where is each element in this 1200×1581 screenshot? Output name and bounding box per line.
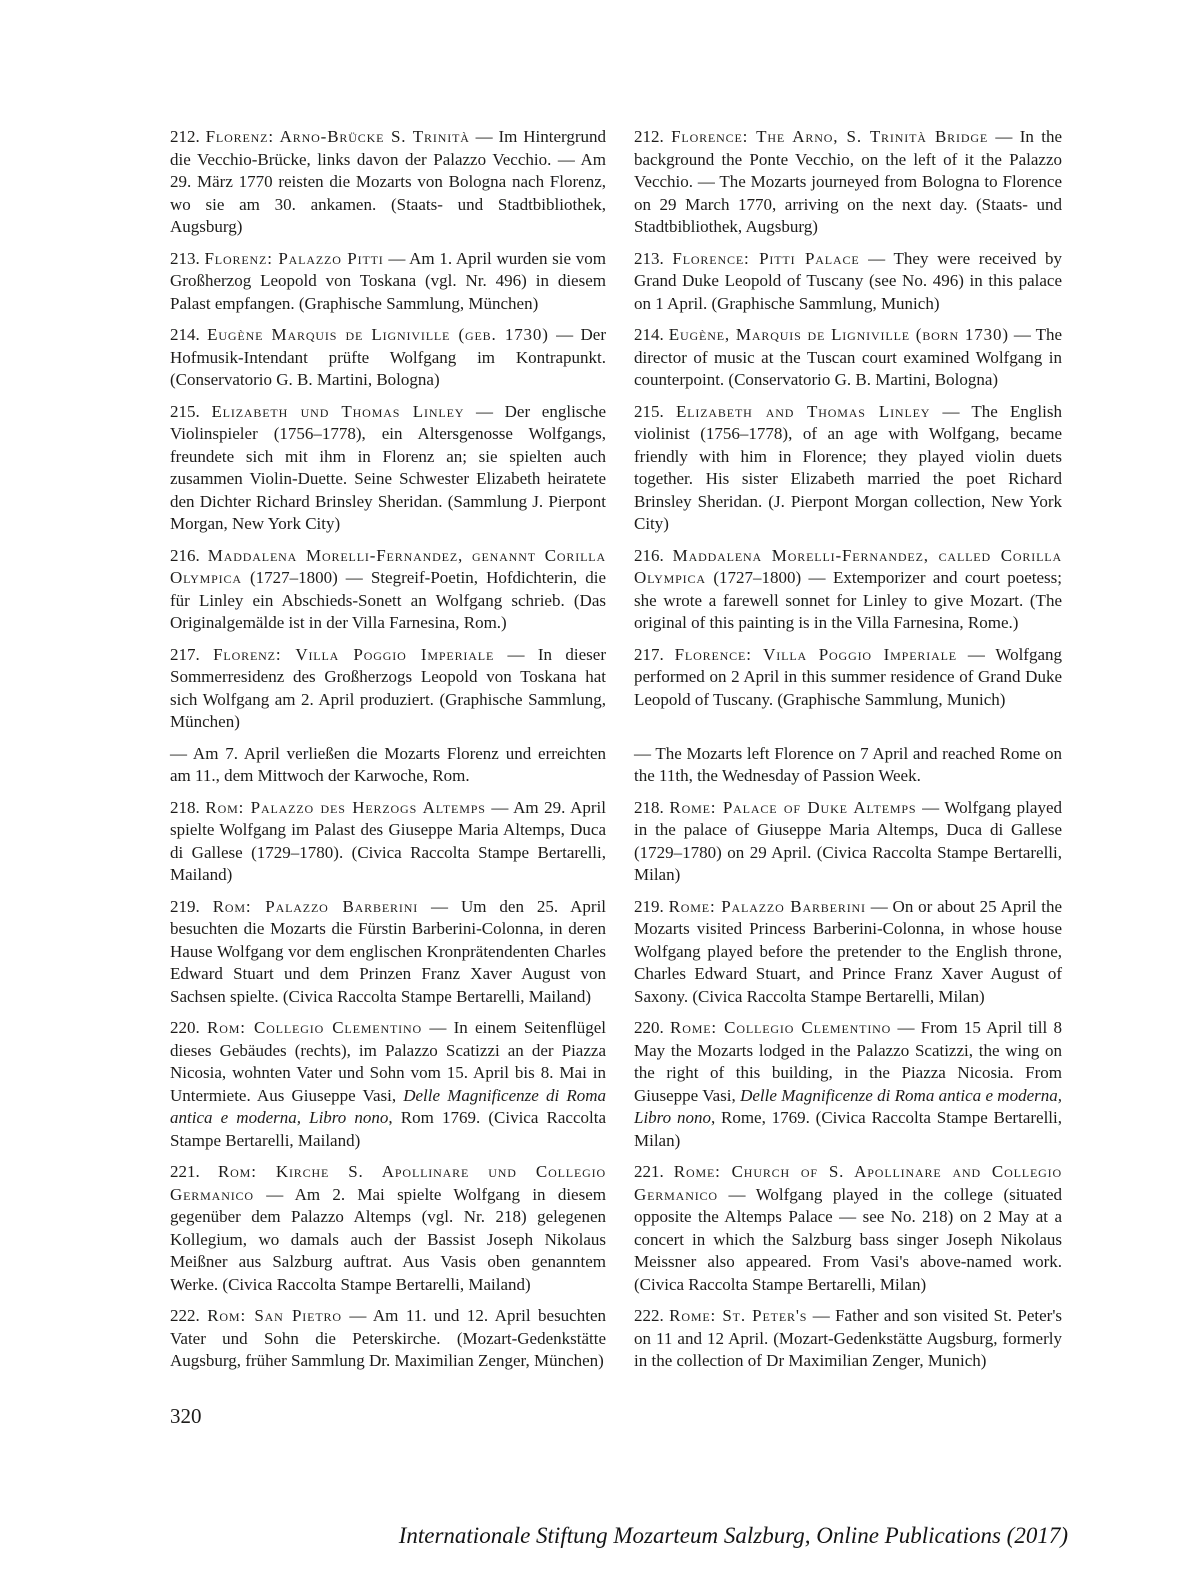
footer-attribution: Internationale Stiftung Mozarteum Salzbu…: [399, 1523, 1068, 1549]
entry-text: — Am 7. April verließen die Mozarts Flor…: [170, 744, 606, 786]
entry-paragraph: 214. Eugène, Marquis de Ligniville (born…: [634, 324, 1062, 392]
entry-heading: Florenz: Arno-Brücke S. Trinità: [206, 127, 470, 146]
catalog-entries: 212. Florenz: Arno-Brücke S. Trinità — I…: [170, 126, 1062, 1373]
entry-paragraph: 220. Rom: Collegio Clementino — In einem…: [170, 1017, 606, 1152]
entry-number: 217.: [634, 645, 675, 664]
entry-text: — The English violinist (1756–1778), of …: [634, 402, 1062, 534]
entry-number: 220.: [170, 1018, 207, 1037]
entry-number: 222.: [634, 1306, 669, 1325]
entry-heading: Rome: Palace of Duke Altemps: [669, 798, 916, 817]
entry-number: 215.: [170, 402, 211, 421]
entry-paragraph: 216. Maddalena Morelli-Fernandez, called…: [634, 545, 1062, 635]
entry-paragraph: 217. Florenz: Villa Poggio Imperiale — I…: [170, 644, 606, 734]
entry-paragraph: 212. Florenz: Arno-Brücke S. Trinità — I…: [170, 126, 606, 239]
entry-heading: Rom: San Pietro: [207, 1306, 342, 1325]
entry-number: 219.: [634, 897, 669, 916]
entry-number: 217.: [170, 645, 213, 664]
entry-number: 212.: [170, 127, 206, 146]
entry-heading: Rom: Collegio Clementino: [207, 1018, 422, 1037]
entry-heading: Rome: St. Peter's: [669, 1306, 807, 1325]
entry-number: 213.: [634, 249, 672, 268]
entry-heading: Florenz: Palazzo Pitti: [204, 249, 383, 268]
entry-paragraph: 221. Rome: Church of S. Apollinare and C…: [634, 1161, 1062, 1296]
entry-heading: Eugène, Marquis de Ligniville (born 1730…: [669, 325, 1009, 344]
entry-paragraph: 218. Rome: Palace of Duke Altemps — Wolf…: [634, 797, 1062, 887]
entry-text: — Der englische Violinspieler (1756–1778…: [170, 402, 606, 534]
entry-number: 218.: [170, 798, 205, 817]
entry-paragraph: 215. Elizabeth und Thomas Linley — Der e…: [170, 401, 606, 536]
entry-number: 218.: [634, 798, 669, 817]
entry-paragraph: 213. Florenz: Palazzo Pitti — Am 1. Apri…: [170, 248, 606, 316]
entry-paragraph: 221. Rom: Kirche S. Apollinare und Colle…: [170, 1161, 606, 1296]
entry-paragraph: 222. Rome: St. Peter's — Father and son …: [634, 1305, 1062, 1373]
entry-paragraph: 217. Florence: Villa Poggio Imperiale — …: [634, 644, 1062, 734]
entry-heading: Florenz: Villa Poggio Imperiale: [213, 645, 494, 664]
entry-number: 214.: [170, 325, 207, 344]
entry-paragraph: 219. Rome: Palazzo Barberini — On or abo…: [634, 896, 1062, 1009]
entry-paragraph: 219. Rom: Palazzo Barberini — Um den 25.…: [170, 896, 606, 1009]
entry-number: 221.: [634, 1162, 674, 1181]
entry-paragraph: 216. Maddalena Morelli-Fernandez, genann…: [170, 545, 606, 635]
entry-heading: Rom: Palazzo des Herzogs Altemps: [205, 798, 485, 817]
entry-paragraph: — Am 7. April verließen die Mozarts Flor…: [170, 743, 606, 788]
entry-paragraph: 212. Florence: The Arno, S. Trinità Brid…: [634, 126, 1062, 239]
entry-paragraph: 218. Rom: Palazzo des Herzogs Altemps — …: [170, 797, 606, 887]
entry-heading: Rome: Collegio Clementino: [670, 1018, 891, 1037]
entry-paragraph: 214. Eugène Marquis de Ligniville (geb. …: [170, 324, 606, 392]
entry-heading: Rom: Palazzo Barberini: [213, 897, 418, 916]
entry-paragraph: 220. Rome: Collegio Clementino — From 15…: [634, 1017, 1062, 1152]
entry-number: 213.: [170, 249, 204, 268]
entry-heading: Eugène Marquis de Ligniville (geb. 1730): [207, 325, 549, 344]
entry-heading: Florence: Villa Poggio Imperiale: [675, 645, 957, 664]
page: 212. Florenz: Arno-Brücke S. Trinità — I…: [0, 0, 1200, 1581]
entry-paragraph: — The Mozarts left Florence on 7 April a…: [634, 743, 1062, 788]
entry-number: 214.: [634, 325, 669, 344]
entry-heading: Rome: Palazzo Barberini: [669, 897, 866, 916]
entry-number: 216.: [170, 546, 208, 565]
entry-number: 216.: [634, 546, 673, 565]
entry-heading: Elizabeth and Thomas Linley: [676, 402, 930, 421]
entry-number: 219.: [170, 897, 213, 916]
entry-number: 212.: [634, 127, 671, 146]
entries-grid: 212. Florenz: Arno-Brücke S. Trinità — I…: [170, 126, 1062, 1373]
entry-number: 221.: [170, 1162, 218, 1181]
entry-number: 215.: [634, 402, 676, 421]
entry-heading: Florence: The Arno, S. Trinità Bridge: [671, 127, 988, 146]
entry-paragraph: 213. Florence: Pitti Palace — They were …: [634, 248, 1062, 316]
entry-heading: Florence: Pitti Palace: [672, 249, 859, 268]
entry-text: — The Mozarts left Florence on 7 April a…: [634, 744, 1062, 786]
entry-number: 222.: [170, 1306, 207, 1325]
entry-heading: Elizabeth und Thomas Linley: [211, 402, 464, 421]
page-number: 320: [170, 1403, 202, 1429]
entry-paragraph: 222. Rom: San Pietro — Am 11. und 12. Ap…: [170, 1305, 606, 1373]
entry-paragraph: 215. Elizabeth and Thomas Linley — The E…: [634, 401, 1062, 536]
entry-number: 220.: [634, 1018, 670, 1037]
